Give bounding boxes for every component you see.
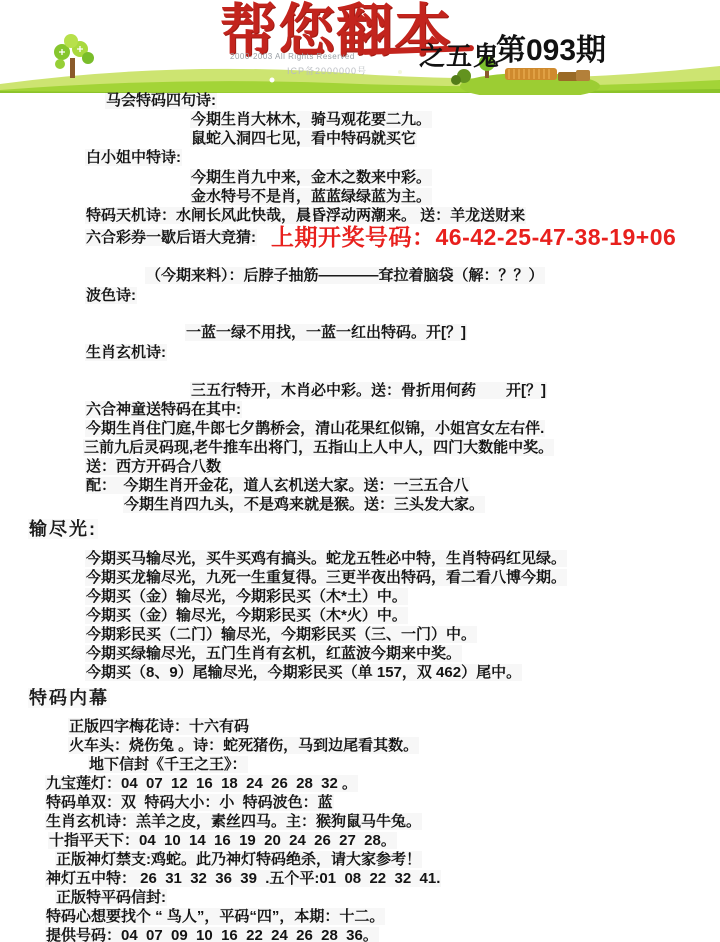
flower-dot-icon xyxy=(270,78,275,83)
text-line: 一蓝一绿不用找，一蓝一红出特码。开[？] xyxy=(0,323,720,342)
text-line: （今期来料）：后脖子抽筋————耷拉着脑袋（解：？？） xyxy=(0,266,720,285)
issue-number: 第093期 xyxy=(496,25,606,69)
text-line: 鼠蛇入洞四七见，看中特码就买它 xyxy=(0,129,720,148)
text-line: 正版四字梅花诗：十六有码 xyxy=(0,717,720,736)
text-line: 特码单双：双 特码大小：小 特码波色：蓝 xyxy=(0,793,720,812)
text-line: 白小姐中特诗: xyxy=(0,148,720,167)
text-line: 生肖玄机诗: xyxy=(0,343,720,362)
text-line: 神灯五中特： 26 31 32 36 39 .五个平:01 08 22 32 4… xyxy=(0,869,720,888)
text-line: 火车头：烧伤兔 。诗：蛇死猪伤，马到边尾看其数。 xyxy=(0,736,720,755)
text-line: 今期彩民买（二门）输尽光，今期彩民买（三、一门）中。 xyxy=(0,625,720,644)
text-line: 正版神灯禁支:鸡蛇。此乃神灯特码绝杀，请大家参考！ xyxy=(0,850,720,869)
text-line: 马会特码四句诗: xyxy=(0,91,720,110)
text-line: 今期生肖四九头，不是鸡来就是猴。送：三头发大家。 xyxy=(0,495,720,514)
text-line: 六合神童送特码在其中: xyxy=(0,400,720,419)
text-line: 地下信封《千王之王》： xyxy=(0,755,720,774)
section-header: 特码内幕 xyxy=(0,689,720,708)
text-line: 三五行特开，木肖必中彩。送：骨折用何药 开[？] xyxy=(0,381,720,400)
page-subtitle: 之五鬼 xyxy=(419,36,500,73)
text-line: 特码心想要找个 “ 鸟人”，平码“四”，本期：十二。 xyxy=(0,907,720,926)
text-line: 今期买（8、9）尾输尽光，今期彩民买（单 157，双 462）尾中。 xyxy=(0,663,720,682)
text-line: 今期生肖住门庭,牛郎七夕鹊桥会，清山花果红似锦，小姐宫女左右伴. xyxy=(0,419,720,438)
flower-dot-icon xyxy=(398,70,402,74)
text-line: 今期生肖九中来，金木之数来中彩。 xyxy=(0,168,720,187)
text-line: 生肖玄机诗：羔羊之皮，素丝四马。主：猴狗鼠马牛兔。 xyxy=(0,812,720,831)
text-line: 配： 今期生肖开金花，道人玄机送大家。送：一三五合八 xyxy=(0,476,720,495)
text-line: 十指平天下：04 10 14 16 19 20 24 26 27 28。 xyxy=(0,831,720,850)
tip-sheet-page: 帮您翻本 2000-2003 All Rights Reserved 之五鬼 第… xyxy=(0,0,720,942)
text-line: 三前九后灵码现,老牛推车出将门，五指山上人中人，四门大数能中奖。 xyxy=(0,438,720,457)
masthead: 帮您翻本 2000-2003 All Rights Reserved 之五鬼 第… xyxy=(0,0,720,95)
tree-icon xyxy=(54,34,94,78)
text-line: 九宝莲灯：04 07 12 16 18 24 26 28 32 。 xyxy=(0,774,720,793)
text-line: 正版特平码信封: xyxy=(0,888,720,907)
text-line: 送：西方开码合八数 xyxy=(0,457,720,476)
text-line: 今期买绿输尽光，五门生肖有玄机，红蓝波今期来中奖。 xyxy=(0,644,720,663)
text-line: 六合彩券一歇后语大竞猜: xyxy=(0,228,720,247)
text-line: 今期买（金）输尽光，今期彩民买（木*火）中。 xyxy=(0,606,720,625)
text-line: 今期生肖大林木，骑马观花要二九。 xyxy=(0,110,720,129)
text-line: 今期买马输尽光，买牛买鸡有搞头。蛇龙五牲必中特，生肖特码红见绿。 xyxy=(0,549,720,568)
section-header: 输尽光: xyxy=(0,520,720,539)
text-line: 今期买龙输尽光，九死一生重复得。三更半夜出特码，看二看八博今期。 xyxy=(0,568,720,587)
body-text: 马会特码四句诗:今期生肖大林木，骑马观花要二九。鼠蛇入洞四七见，看中特码就买它白… xyxy=(0,91,720,942)
text-line: 今期买（金）输尽光，今期彩民买（木*土）中。 xyxy=(0,587,720,606)
text-line: 波色诗: xyxy=(0,286,720,305)
text-line: 提供号码：04 07 09 10 16 22 24 26 28 36。 xyxy=(0,926,720,942)
text-line: 特码天机诗：水闸长风此快哉，晨昏浮动两潮来。 送：羊龙送财来 xyxy=(0,206,720,225)
icp-number: ICP备2000000号 xyxy=(287,64,367,77)
text-line: 金水特号不是肖，蓝蓝绿绿蓝为主。 xyxy=(0,187,720,206)
